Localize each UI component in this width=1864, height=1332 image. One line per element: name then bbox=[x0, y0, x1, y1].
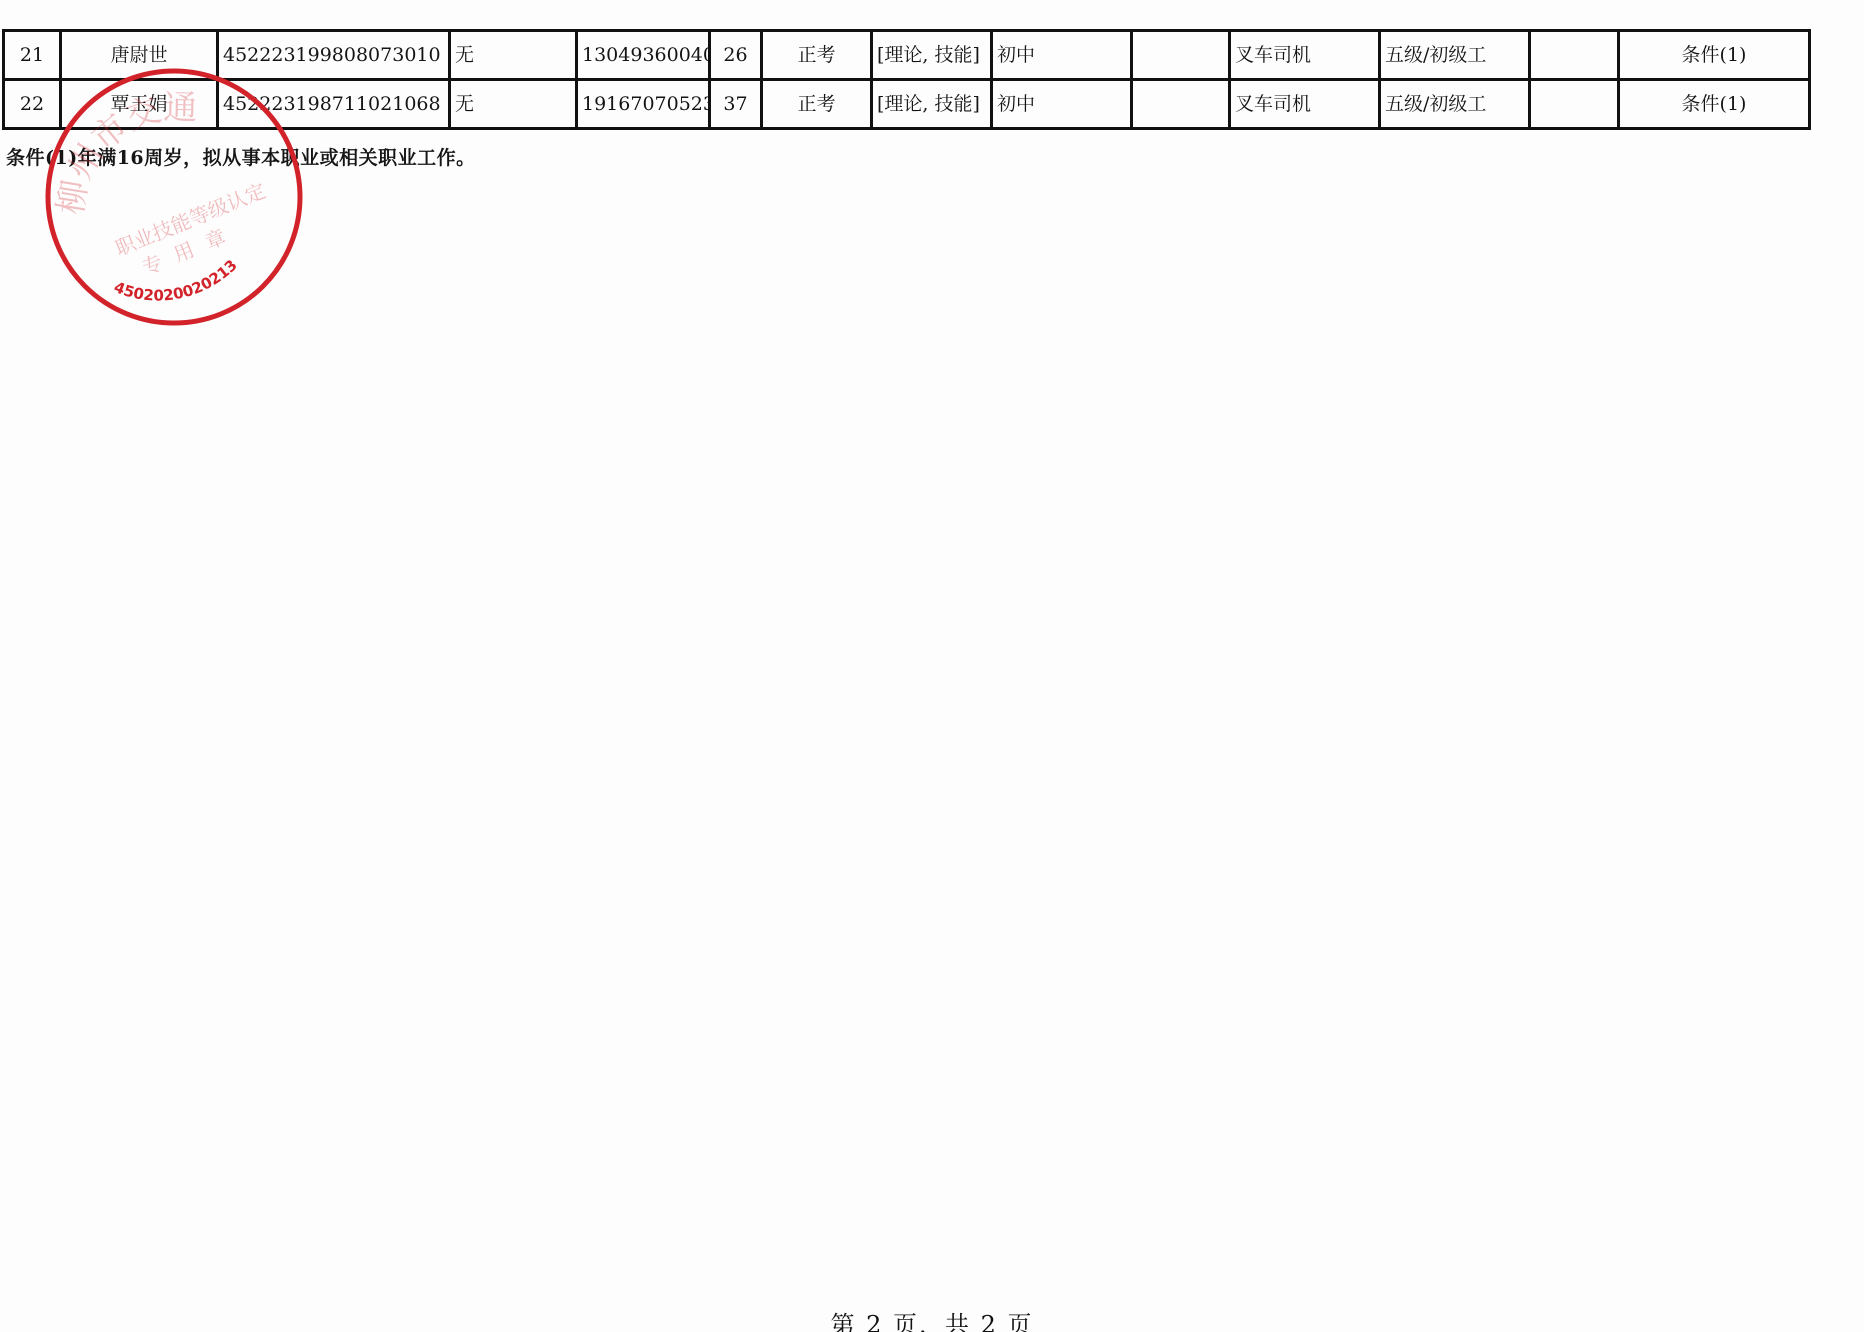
seal-inner-line2: 专用章 bbox=[139, 219, 243, 279]
cell-exam-subjects: [理论, 技能] bbox=[872, 31, 992, 80]
cell-age: 37 bbox=[710, 80, 762, 129]
cell-prior-cert: 无 bbox=[450, 80, 577, 129]
cell-level: 五级/初级工 bbox=[1380, 31, 1530, 80]
cell-name: 唐尉世 bbox=[61, 31, 218, 80]
cell-exam-type: 正考 bbox=[762, 31, 872, 80]
cell-occupation: 叉车司机 bbox=[1230, 80, 1380, 129]
cell-prior-cert: 无 bbox=[450, 31, 577, 80]
svg-text:4502020020213: 4502020020213 bbox=[111, 256, 240, 305]
candidate-roster-table: 21 唐尉世 452223199808073010 无 13049360040 … bbox=[2, 29, 1811, 130]
cell-condition: 条件(1) bbox=[1619, 31, 1810, 80]
cell-id-number: 452223199808073010 bbox=[218, 31, 450, 80]
seal-code: 4502020020213 bbox=[111, 256, 240, 305]
cell-phone: 19167070523 bbox=[577, 80, 710, 129]
cell-index: 21 bbox=[4, 31, 61, 80]
cell-blank bbox=[1132, 80, 1230, 129]
cell-education: 初中 bbox=[992, 80, 1132, 129]
page-number: 第 2 页，共 2 页 bbox=[0, 1305, 1864, 1332]
condition-footnote: 条件(1)年满16周岁，拟从事本职业或相关职业工作。 bbox=[6, 143, 476, 170]
cell-blank bbox=[1132, 31, 1230, 80]
cell-occupation: 叉车司机 bbox=[1230, 31, 1380, 80]
cell-index: 22 bbox=[4, 80, 61, 129]
seal-inner-line1: 职业技能等级认定 bbox=[112, 178, 269, 260]
document-page: 21 唐尉世 452223199808073010 无 13049360040 … bbox=[0, 0, 1864, 1332]
table-row: 21 唐尉世 452223199808073010 无 13049360040 … bbox=[4, 31, 1810, 80]
cell-phone: 13049360040 bbox=[577, 31, 710, 80]
cell-blank bbox=[1530, 80, 1619, 129]
cell-level: 五级/初级工 bbox=[1380, 80, 1530, 129]
cell-exam-subjects: [理论, 技能] bbox=[872, 80, 992, 129]
cell-exam-type: 正考 bbox=[762, 80, 872, 129]
cell-id-number: 452223198711021068 bbox=[218, 80, 450, 129]
cell-education: 初中 bbox=[992, 31, 1132, 80]
cell-name: 覃玉娟 bbox=[61, 80, 218, 129]
cell-blank bbox=[1530, 31, 1619, 80]
cell-age: 26 bbox=[710, 31, 762, 80]
table-row: 22 覃玉娟 452223198711021068 无 19167070523 … bbox=[4, 80, 1810, 129]
cell-condition: 条件(1) bbox=[1619, 80, 1810, 129]
